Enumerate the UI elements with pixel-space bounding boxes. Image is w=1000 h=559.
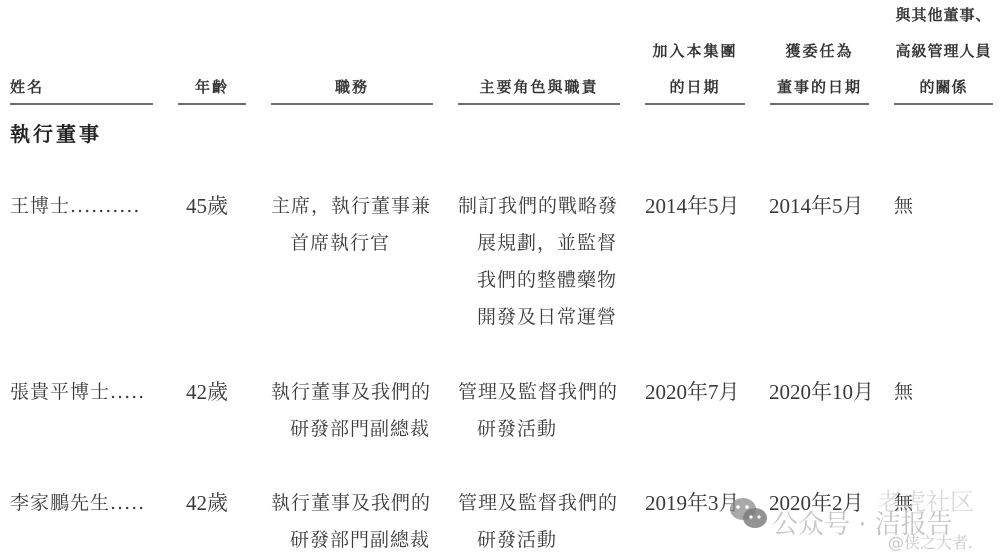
cell-title-line2: 研發部門副總裁: [271, 522, 431, 559]
header-age-label: 年齡: [178, 80, 246, 95]
cell-name: 李家鵬先生.....: [10, 485, 145, 522]
cell-join-date: 2019年3月: [645, 485, 740, 522]
cell-role-line1: 管理及監督我們的: [458, 374, 618, 411]
cell-title: 執行董事及我們的 研發部門副總裁: [271, 485, 431, 559]
cell-join-date: 2020年7月: [645, 374, 740, 411]
cell-title-line1: 主席，執行董事兼: [271, 188, 431, 225]
header-underline-appoint-date: [770, 103, 869, 105]
header-relationship-line2: 高級管理人員: [894, 44, 993, 59]
header-role: 主要角色與職責: [458, 80, 620, 95]
cell-name: 王博士..........: [10, 188, 140, 225]
cell-name: 張貴平博士.....: [10, 374, 145, 411]
cell-role-line4: 開發及日常運營: [458, 299, 618, 336]
cell-title: 主席，執行董事兼 首席執行官: [271, 188, 431, 262]
watermark-text-community: 老虎社区: [878, 482, 974, 517]
cell-role: 管理及監督我們的 研發活動: [458, 485, 618, 559]
header-age: 年齡: [178, 80, 246, 95]
header-underline-role: [458, 103, 620, 105]
header-underline-name: [10, 103, 153, 105]
cell-appoint-date: 2020年2月: [769, 485, 864, 522]
header-join-date-line2: 的日期: [645, 80, 745, 95]
header-appoint-date: 獲委任為 董事的日期: [770, 44, 869, 95]
header-appoint-date-line2: 董事的日期: [770, 80, 869, 95]
cell-appoint-date: 2020年10月: [769, 374, 874, 411]
header-title-label: 職務: [271, 80, 433, 95]
cell-title-line1: 執行董事及我們的: [271, 374, 431, 411]
section-title: 執行董事: [10, 118, 102, 147]
cell-age: 45歲: [186, 188, 228, 225]
cell-role: 管理及監督我們的 研發活動: [458, 374, 618, 448]
cell-join-date: 2014年5月: [645, 188, 740, 225]
cell-appoint-date: 2014年5月: [769, 188, 864, 225]
cell-role-line1: 制訂我們的戰略發: [458, 188, 618, 225]
cell-relationship: 無: [894, 485, 914, 522]
header-relationship-line1: 與其他董事、: [894, 8, 993, 23]
header-join-date-line1: 加入本集團: [645, 44, 745, 59]
header-role-label: 主要角色與職責: [458, 80, 620, 95]
cell-relationship: 無: [894, 188, 914, 225]
cell-title-line2: 研發部門副總裁: [271, 411, 431, 448]
cell-age: 42歲: [186, 374, 228, 411]
cell-role-line1: 管理及監督我們的: [458, 485, 618, 522]
header-title: 職務: [271, 80, 433, 95]
cell-role: 制訂我們的戰略發 展規劃，並監督 我們的整體藥物 開發及日常運營: [458, 188, 618, 336]
cell-age: 42歲: [186, 485, 228, 522]
watermark-text-handle: @侠之大者.: [888, 530, 973, 553]
cell-title-line1: 執行董事及我們的: [271, 485, 431, 522]
cell-title-line2: 首席執行官: [271, 225, 431, 262]
header-underline-age: [178, 103, 246, 105]
cell-role-line2: 研發活動: [458, 522, 618, 559]
cell-relationship: 無: [894, 374, 914, 411]
header-appoint-date-line1: 獲委任為: [770, 44, 869, 59]
header-underline-relationship: [894, 103, 993, 105]
cell-title: 執行董事及我們的 研發部門副總裁: [271, 374, 431, 448]
header-underline-title: [271, 103, 433, 105]
header-name-label: 姓名: [10, 80, 153, 95]
cell-role-line2: 展規劃，並監督: [458, 225, 618, 262]
cell-role-line2: 研發活動: [458, 411, 618, 448]
header-name: 姓名: [10, 80, 153, 95]
header-join-date: 加入本集團 的日期: [645, 44, 745, 95]
header-relationship-line3: 的關係: [894, 80, 993, 95]
header-underline-join-date: [645, 103, 745, 105]
cell-role-line3: 我們的整體藥物: [458, 262, 618, 299]
header-relationship: 與其他董事、 高級管理人員 的關係: [894, 8, 993, 95]
